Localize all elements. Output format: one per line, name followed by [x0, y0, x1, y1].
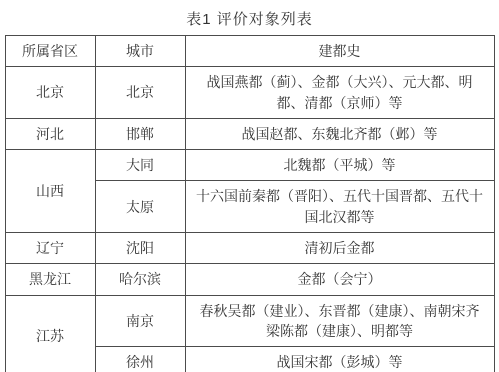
table-row: 辽宁 沈阳 清初后金都 [5, 233, 494, 264]
city-cell: 哈尔滨 [95, 264, 185, 295]
history-cell: 战国宋都（彭城）等 [185, 347, 494, 372]
header-province: 所属省区 [5, 36, 95, 67]
table-row: 北京 北京 战国燕都（蓟）、金都（大兴）、元大都、明都、清都（京师）等 [5, 67, 494, 119]
province-cell: 河北 [5, 118, 95, 149]
header-city: 城市 [95, 36, 185, 67]
page: 表1 评价对象列表 所属省区 城市 建都史 北京 北京 战国燕都（蓟）、金都（大… [0, 0, 499, 372]
city-cell: 大同 [95, 150, 185, 181]
history-cell: 春秋吴都（建业）、东晋都（建康）、南朝宋齐梁陈都（建康）、明都等 [185, 295, 494, 347]
province-cell: 山西 [5, 150, 95, 233]
table-title: 表1 评价对象列表 [0, 0, 499, 35]
table-row: 江苏 南京 春秋吴都（建业）、东晋都（建康）、南朝宋齐梁陈都（建康）、明都等 [5, 295, 494, 347]
city-cell: 南京 [95, 295, 185, 347]
history-cell: 金都（会宁） [185, 264, 494, 295]
province-cell: 辽宁 [5, 233, 95, 264]
city-cell: 沈阳 [95, 233, 185, 264]
table-row: 黑龙江 哈尔滨 金都（会宁） [5, 264, 494, 295]
header-row: 所属省区 城市 建都史 [5, 36, 494, 67]
header-history: 建都史 [185, 36, 494, 67]
table-row: 河北 邯郸 战国赵都、东魏北齐都（邺）等 [5, 118, 494, 149]
evaluation-table: 所属省区 城市 建都史 北京 北京 战国燕都（蓟）、金都（大兴）、元大都、明都、… [5, 35, 495, 372]
history-cell: 战国燕都（蓟）、金都（大兴）、元大都、明都、清都（京师）等 [185, 67, 494, 119]
history-cell: 北魏都（平城）等 [185, 150, 494, 181]
history-cell: 清初后金都 [185, 233, 494, 264]
history-cell: 战国赵都、东魏北齐都（邺）等 [185, 118, 494, 149]
city-cell: 徐州 [95, 347, 185, 372]
city-cell: 太原 [95, 181, 185, 233]
city-cell: 邯郸 [95, 118, 185, 149]
table-row: 山西 大同 北魏都（平城）等 [5, 150, 494, 181]
province-cell: 北京 [5, 67, 95, 119]
city-cell: 北京 [95, 67, 185, 119]
province-cell: 江苏 [5, 295, 95, 372]
history-cell: 十六国前秦都（晋阳）、五代十国晋都、五代十国北汉都等 [185, 181, 494, 233]
province-cell: 黑龙江 [5, 264, 95, 295]
